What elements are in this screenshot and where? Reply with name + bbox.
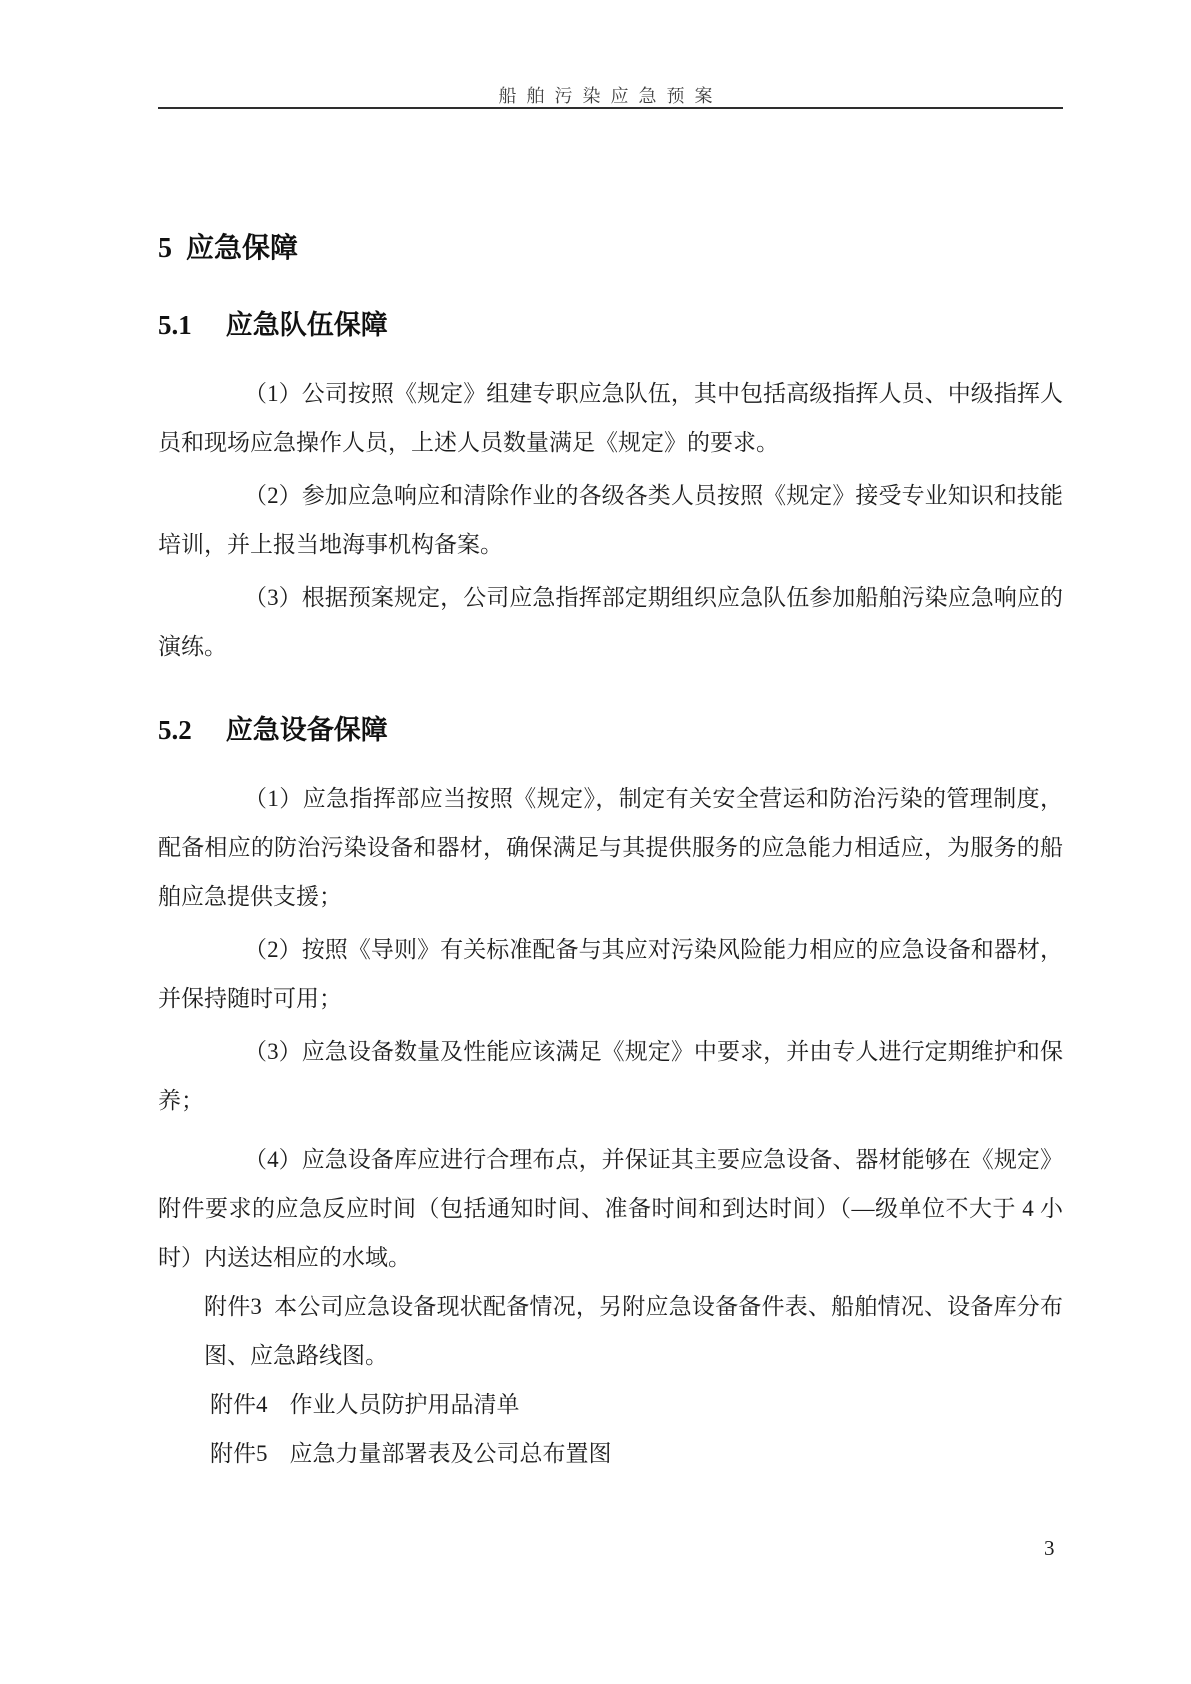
section-5-2-title: 应急设备保障 <box>226 715 388 745</box>
paragraph-5-1-2: （2）参加应急响应和清除作业的各级各类人员按照《规定》接受专业知识和技能培训，并… <box>158 471 1063 569</box>
attachment-4-text: 作业人员防护用品清单 <box>290 1392 520 1417</box>
attachment-3-label: 附件3 <box>204 1294 262 1319</box>
section-5-1-heading: 5.1应急队伍保障 <box>158 308 1063 342</box>
section-5-2-heading: 5.2应急设备保障 <box>158 713 1063 747</box>
document-page: 船舶污染应急预案 5应急保障 5.1应急队伍保障 （1）公司按照《规定》组建专职… <box>0 0 1191 1684</box>
attachment-item-3: 附件3本公司应急设备现状配备情况，另附应急设备备件表、船舶情况、设备库分布图、应… <box>204 1282 1063 1380</box>
section-5-1-title: 应急队伍保障 <box>226 310 388 340</box>
attachment-5-text: 应急力量部署表及公司总布置图 <box>290 1441 612 1466</box>
page-number: 3 <box>1044 1536 1055 1561</box>
attachment-item-4: 附件4作业人员防护用品清单 <box>210 1380 1063 1429</box>
section-5-2-number: 5.2 <box>158 715 192 745</box>
header-rule <box>158 107 1063 109</box>
paragraph-5-2-2: （2）按照《导则》有关标准配备与其应对污染风险能力相应的应急设备和器材，并保持随… <box>158 925 1063 1023</box>
section-5-title: 应急保障 <box>186 233 298 264</box>
paragraph-5-2-4: （4）应急设备库应进行合理布点，并保证其主要应急设备、器材能够在《规定》附件要求… <box>158 1135 1063 1282</box>
section-5-1-number: 5.1 <box>158 310 192 340</box>
header-title: 船舶污染应急预案 <box>499 86 723 106</box>
attachment-5-label: 附件5 <box>210 1441 268 1466</box>
paragraph-5-2-3: （3）应急设备数量及性能应该满足《规定》中要求，并由专人进行定期维护和保养； <box>158 1027 1063 1125</box>
attachment-3-text: 本公司应急设备现状配备情况，另附应急设备备件表、船舶情况、设备库分布图、应急路线… <box>204 1294 1063 1368</box>
running-header: 船舶污染应急预案 <box>158 82 1063 108</box>
section-5-heading: 5应急保障 <box>158 232 1063 266</box>
paragraph-5-1-1: （1）公司按照《规定》组建专职应急队伍，其中包括高级指挥人员、中级指挥人员和现场… <box>158 369 1063 467</box>
attachment-item-5: 附件5应急力量部署表及公司总布置图 <box>210 1429 1063 1478</box>
document-body: 5应急保障 5.1应急队伍保障 （1）公司按照《规定》组建专职应急队伍，其中包括… <box>158 200 1063 1478</box>
attachment-4-label: 附件4 <box>210 1392 268 1417</box>
paragraph-5-2-1: （1）应急指挥部应当按照《规定》，制定有关安全营运和防治污染的管理制度，配备相应… <box>158 774 1063 921</box>
section-5-number: 5 <box>158 233 172 264</box>
paragraph-5-1-3: （3）根据预案规定，公司应急指挥部定期组织应急队伍参加船舶污染应急响应的演练。 <box>158 573 1063 671</box>
